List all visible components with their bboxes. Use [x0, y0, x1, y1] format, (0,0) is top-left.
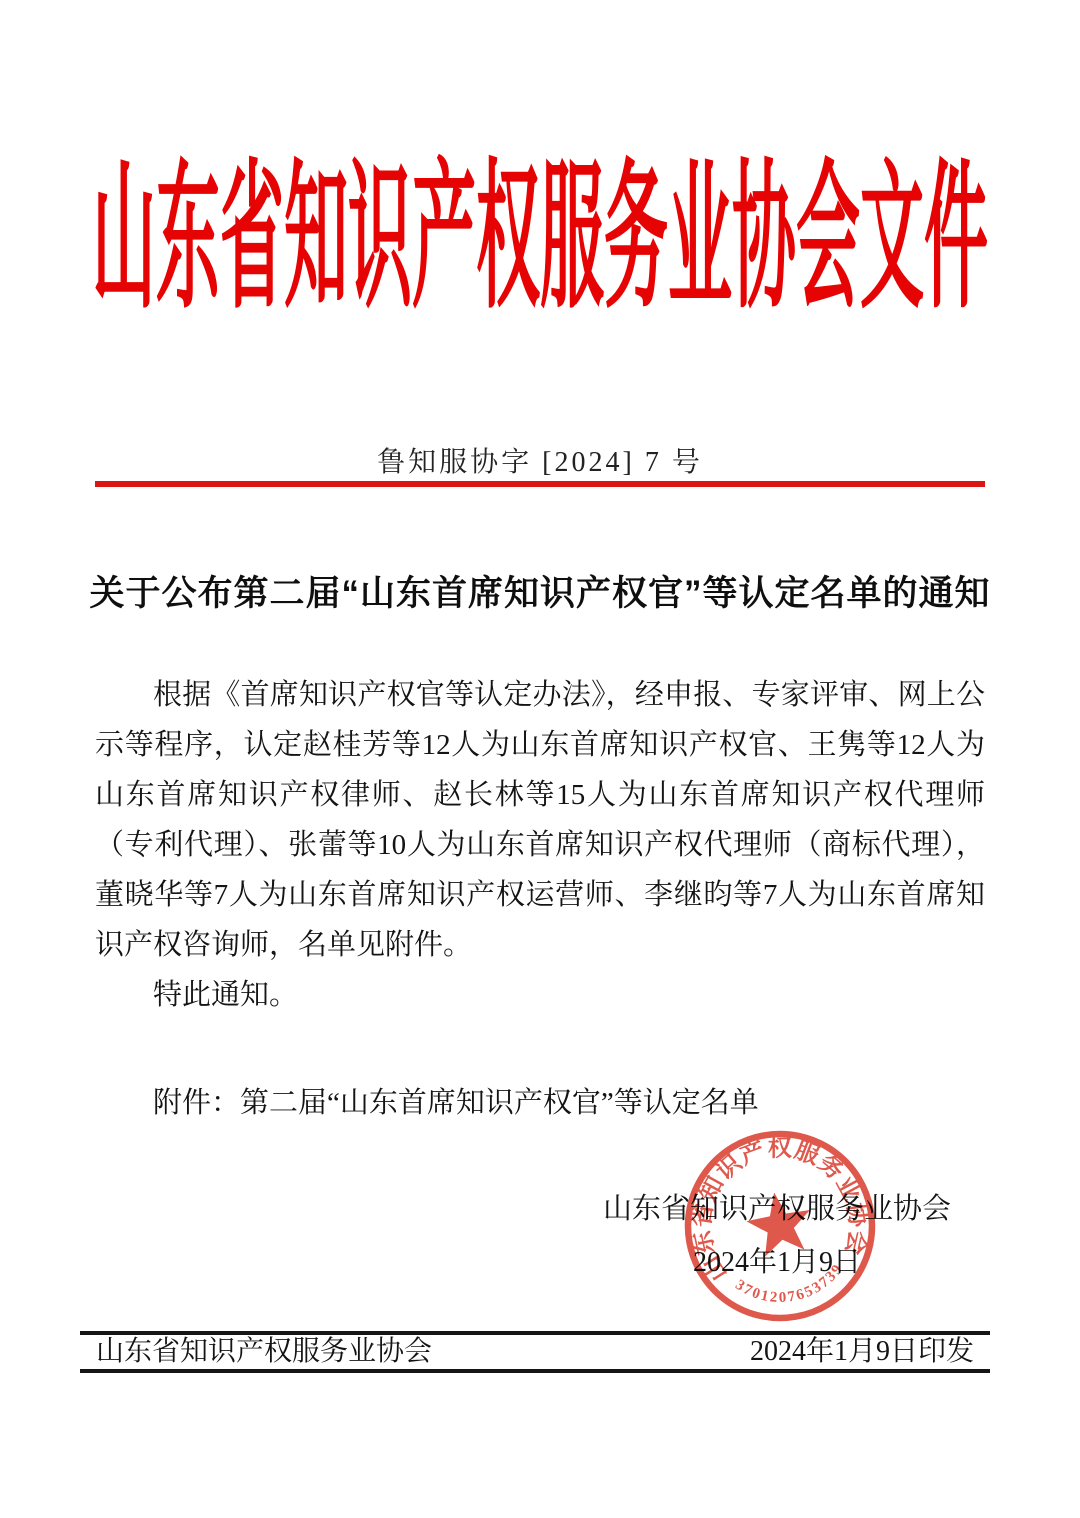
seal-star-icon	[742, 1187, 816, 1259]
official-seal-icon: 山东省知识产权服务业协会 3701207653739	[664, 1110, 896, 1342]
notice-body: 根据《首席知识产权官等认定办法》，经申报、专家评审、网上公示等程序，认定赵桂芳等…	[95, 670, 985, 1020]
document-page: 山东省知识产权服务业协会文件 鲁知服协字 [2024] 7 号 关于公布第二届“…	[0, 0, 1080, 1518]
red-divider-rule	[95, 481, 985, 487]
body-paragraph-closing: 特此通知。	[95, 970, 985, 1020]
body-paragraph-main: 根据《首席知识产权官等认定办法》，经申报、专家评审、网上公示等程序，认定赵桂芳等…	[95, 670, 985, 970]
footer-bar: 山东省知识产权服务业协会 2024年1月9日印发	[80, 1331, 990, 1373]
footer-organization: 山东省知识产权服务业协会	[96, 1335, 432, 1369]
seal-number: 3701207653739	[730, 1259, 851, 1315]
masthead-title: 山东省知识产权服务业协会文件	[0, 160, 1080, 320]
footer-print-date: 2024年1月9日印发	[750, 1335, 974, 1369]
svg-text:3701207653739: 3701207653739	[730, 1259, 851, 1315]
notice-title: 关于公布第二届“山东首席知识产权官”等认定名单的通知	[0, 566, 1080, 616]
document-number: 鲁知服协字 [2024] 7 号	[0, 440, 1080, 480]
